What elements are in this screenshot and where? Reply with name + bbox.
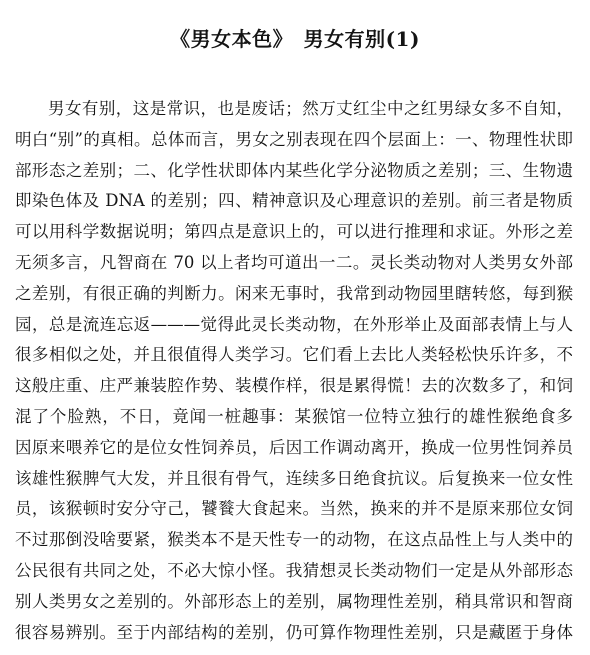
body-line: 园，总是流连忘返———觉得此灵长类动物，在外形举止及面部表情上与人类有 (15, 310, 573, 341)
body-line: 不过那倒没啥要紧，猴类本不是天性专一的动物，在这点品性上与人类中的男性 (15, 525, 573, 556)
body-line: 部形态之差别；二、化学性状即体内某些化学分泌物质之差别；三、生物遗传学 (15, 156, 573, 187)
body-line: 之差别，有很正确的判断力。闲来无事时，我常到动物园里瞎转悠，每到猴类馆 (15, 279, 573, 310)
document-page: 《男女本色》 男女有别(1) 男女有别，这是常识，也是废话；然万丈红尘中之红男绿… (0, 0, 590, 655)
document-title: 《男女本色》 男女有别(1) (0, 0, 590, 52)
body-line: 混了个脸熟，不日，竟闻一桩趣事：某猴馆一位特立独行的雄性猴绝食多日，只 (15, 402, 573, 433)
body-line: 可以用科学数据说明；第四点是意识上的，可以进行推理和求证。外形之差别， (15, 217, 573, 248)
body-line: 别人类男女之差别的。外部形态上的差别，属物理性差别，稍具常识和智商者， (15, 587, 573, 618)
body-line: 因原来喂养它的是位女性饲养员，后因工作调动离开，换成一位男性饲养员喂食。 (15, 433, 573, 464)
body-line: 很容易辨别。至于内部结构的差别，仍可算作物理性差别，只是藏匿于身体内部， (15, 618, 573, 649)
body-line: 很多相似之处，并且很值得人类学习。它们看上去比人类轻松快乐许多，不似人 (15, 340, 573, 371)
body-paragraph: 男女有别，这是常识，也是废话；然万丈红尘中之红男绿女多不自知，闹不明白“别”的真… (15, 94, 573, 648)
body-line: 这般庄重、庄严兼装腔作势、装模作样，很是累得慌！去的次数多了，和饲养员 (15, 371, 573, 402)
body-line: 男女有别，这是常识，也是废话；然万丈红尘中之红男绿女多不自知，闹不 (15, 94, 573, 125)
body-line: 即染色体及 DNA 的差别；四、精神意识及心理意识的差别。前三者是物质的， (15, 186, 573, 217)
body-line: 公民很有共同之处，不必大惊小怪。我猜想灵长类动物们一定是从外部形态上辨 (15, 556, 573, 587)
body-line: 无须多言，凡智商在 70 以上者均可道出一二。灵长类动物对人类男女外部形态 (15, 248, 573, 279)
body-line: 明白“别”的真相。总体而言，男女之别表现在四个层面上：一、物理性状即外 (15, 125, 573, 156)
body-line: 该雄性猴脾气大发，并且很有骨气，连续多日绝食抗议。后复换来一位女性饲养 (15, 464, 573, 495)
body-line: 员，该猴顿时安分守己，饕餮大食起来。当然，换来的并不是原来那位女饲养员， (15, 494, 573, 525)
